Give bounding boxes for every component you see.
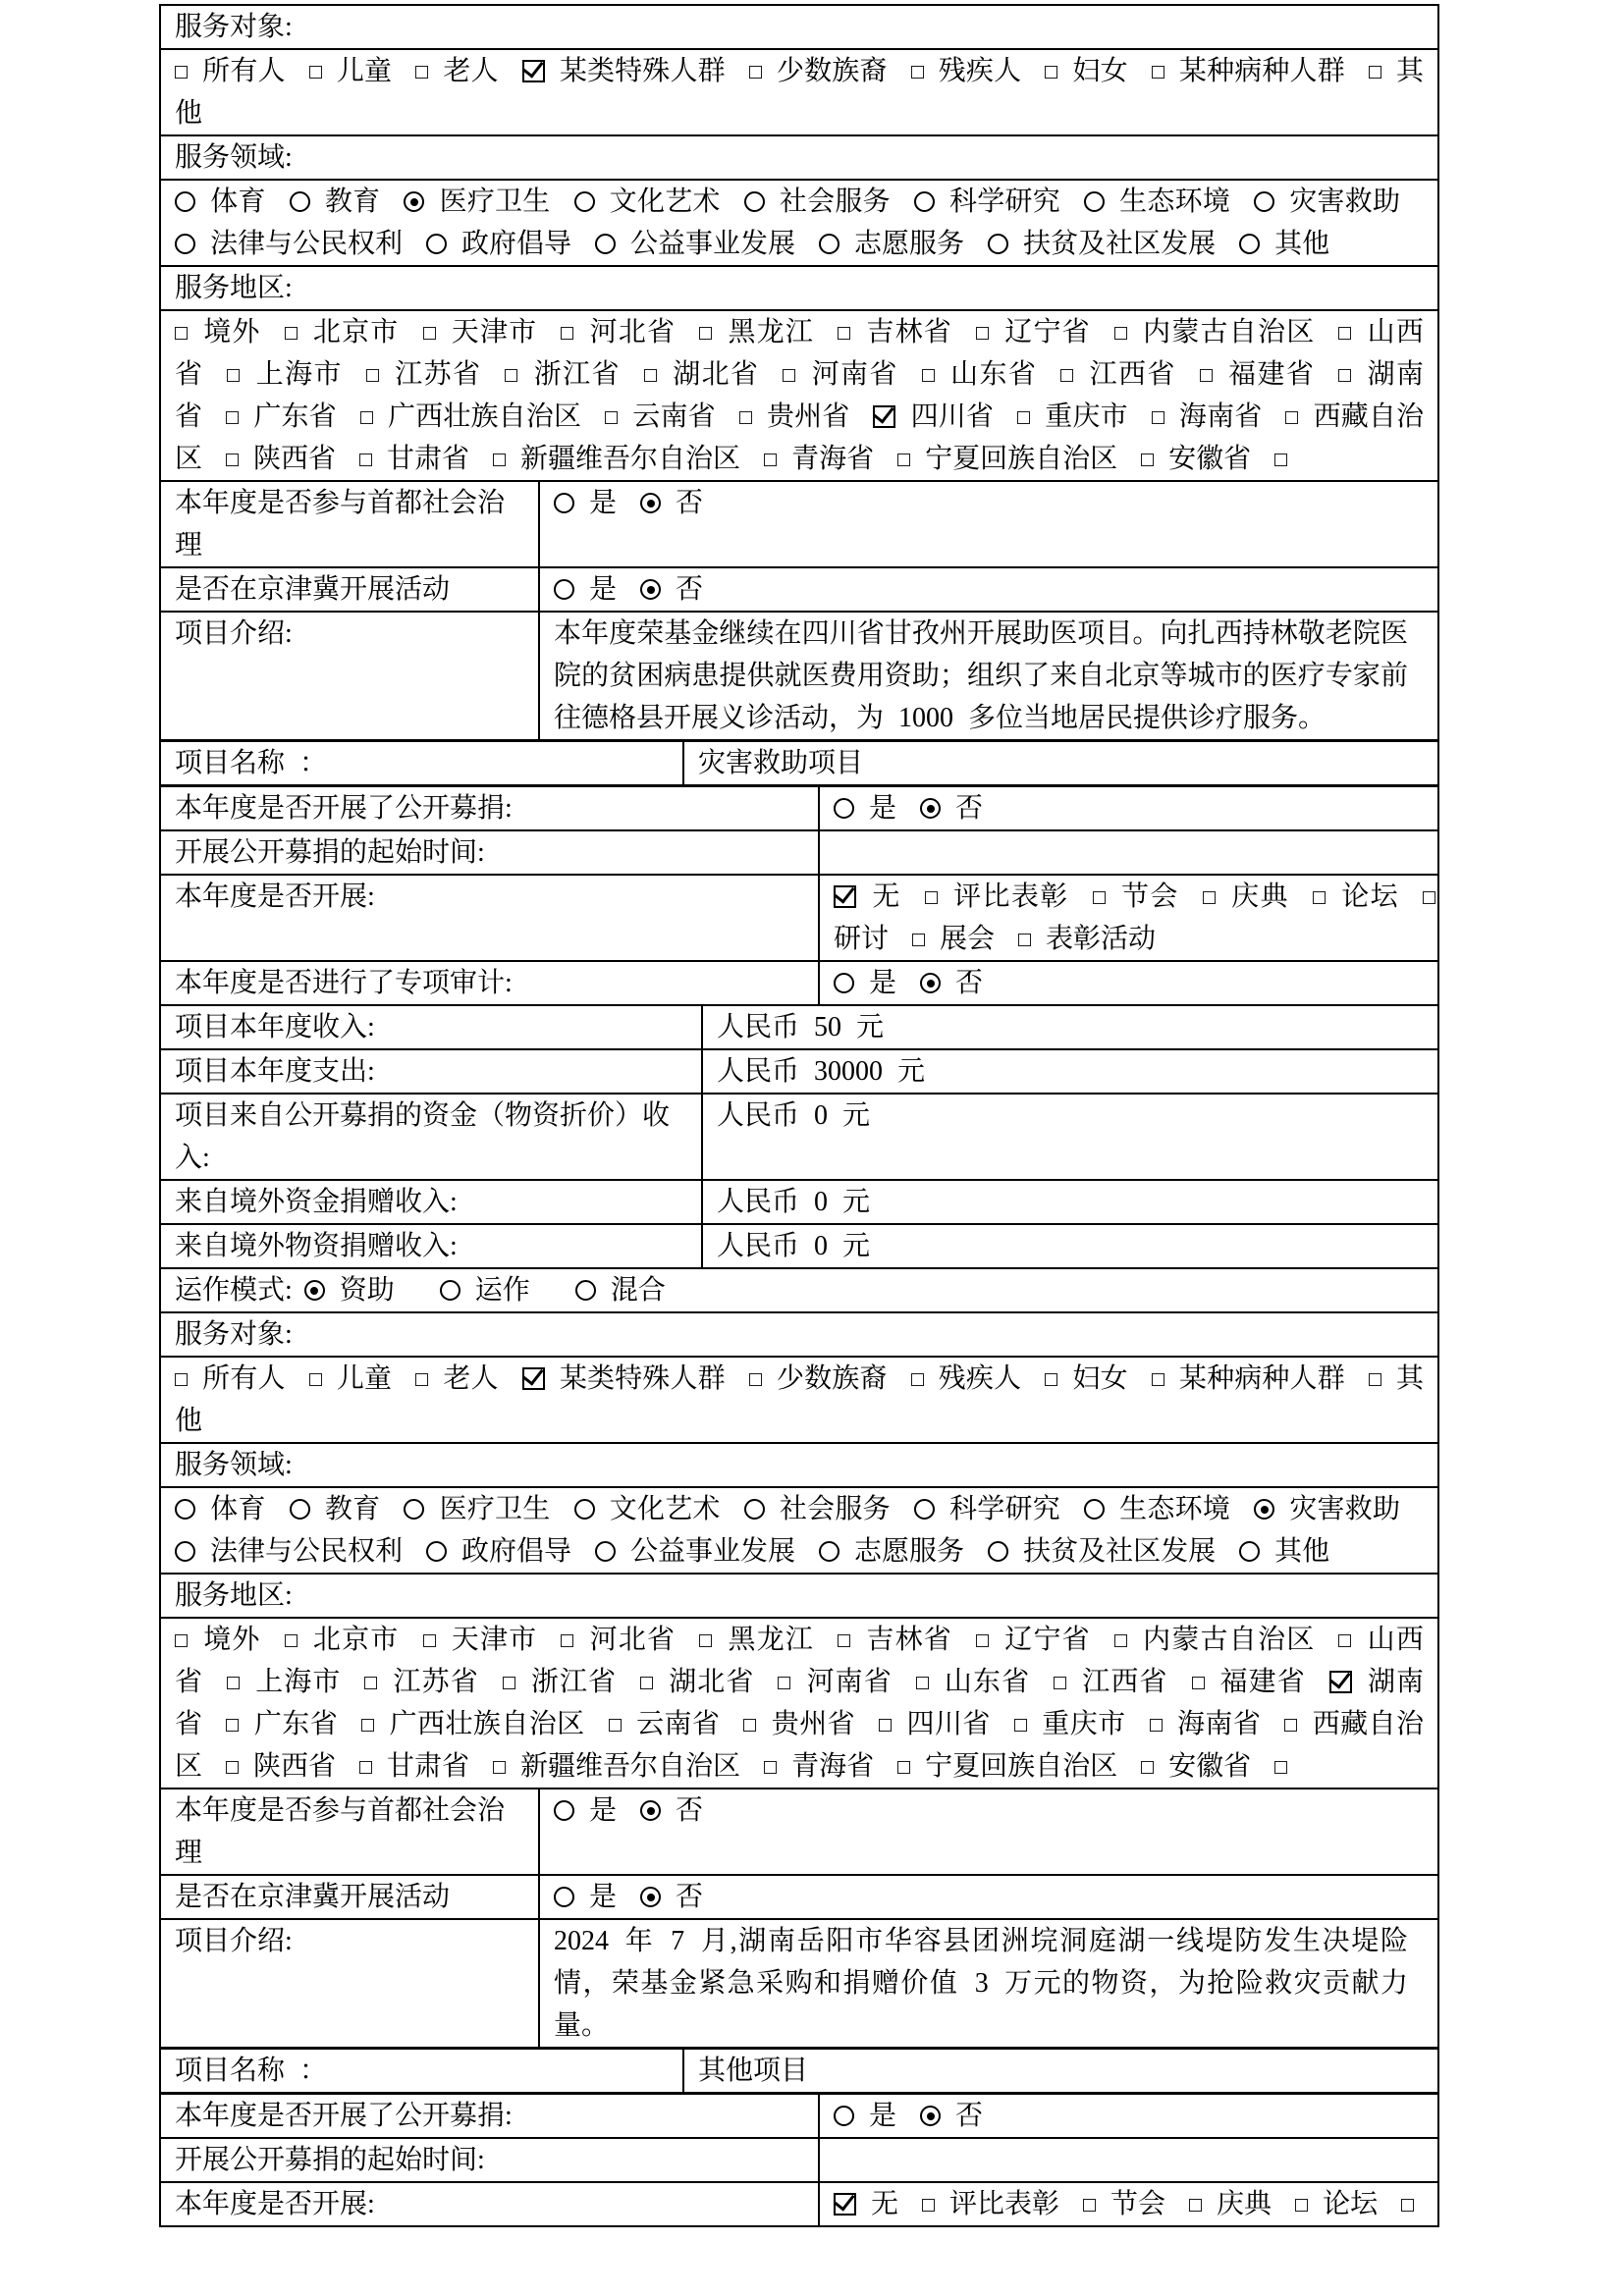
checkbox-icon[interactable]: [309, 1373, 322, 1386]
checkbox-icon[interactable]: [1018, 934, 1031, 946]
checkbox-icon[interactable]: [879, 1719, 892, 1732]
checkbox-option[interactable]: 内蒙古自治区: [1114, 317, 1316, 347]
checkbox-option[interactable]: 宁夏回族自治区: [897, 1751, 1117, 1782]
checkbox-icon[interactable]: [897, 1761, 910, 1774]
checkbox-option[interactable]: 老人: [415, 1363, 499, 1394]
checkbox-icon[interactable]: [415, 1373, 428, 1386]
radio-option[interactable]: 生态环境: [1084, 187, 1230, 217]
checkbox-option[interactable]: 河北省: [561, 1625, 676, 1655]
radio-option[interactable]: 是: [834, 968, 896, 998]
radio-option[interactable]: 法律与公民权利: [175, 1536, 403, 1567]
radio-option[interactable]: 扶贫及社区发展: [988, 229, 1216, 259]
radio-selected-icon[interactable]: [1254, 1499, 1274, 1520]
radio-option[interactable]: 社会服务: [744, 187, 891, 217]
checkbox-option[interactable]: 所有人: [175, 56, 286, 86]
checkbox-option[interactable]: 老人: [415, 56, 499, 86]
checkbox-option[interactable]: 节会: [1083, 2189, 1165, 2219]
radio-option[interactable]: 其他: [1239, 229, 1329, 259]
radio-option[interactable]: 是: [554, 488, 617, 518]
checkbox-icon[interactable]: [922, 2199, 935, 2212]
checkbox-option[interactable]: 境外: [175, 317, 261, 347]
option-label: 残疾人: [939, 56, 1021, 86]
checkbox-icon[interactable]: [226, 1719, 239, 1732]
radio-icon[interactable]: [914, 191, 935, 212]
checkbox-icon[interactable]: [1083, 2199, 1096, 2212]
checkbox-icon[interactable]: [227, 369, 240, 382]
checkbox-option[interactable]: 青海省: [764, 1751, 874, 1782]
checkbox-option[interactable]: 河北省: [561, 317, 676, 347]
checkbox-option[interactable]: 陕西省: [226, 444, 336, 474]
checkbox-option[interactable]: 某类特殊人群: [522, 56, 726, 86]
radio-option[interactable]: 资助: [304, 1275, 395, 1306]
radio-icon[interactable]: [426, 234, 447, 254]
checkbox-icon[interactable]: [505, 369, 517, 382]
checkbox-option[interactable]: 无: [834, 881, 901, 912]
checkbox-option[interactable]: 论坛: [1313, 881, 1399, 912]
option-label: 河北省: [590, 317, 677, 347]
checkbox-icon[interactable]: [423, 327, 436, 340]
checkbox-checked-icon[interactable]: [522, 60, 545, 82]
checkbox-option[interactable]: 江苏省: [366, 359, 481, 390]
radio-option[interactable]: 否: [640, 574, 703, 605]
radio-icon[interactable]: [175, 1499, 195, 1520]
radio-option[interactable]: 其他: [1239, 1536, 1329, 1567]
checkbox-icon[interactable]: [503, 1677, 515, 1689]
checkbox-icon[interactable]: [1093, 891, 1106, 904]
radio-option[interactable]: 生态环境: [1084, 1494, 1230, 1524]
checkbox-icon[interactable]: [175, 327, 188, 340]
checkbox-option[interactable]: 节会: [1093, 881, 1179, 912]
checkbox-option[interactable]: 吉林省: [838, 1625, 952, 1655]
checkbox-option[interactable]: 海南省: [1152, 401, 1263, 432]
checkbox-option[interactable]: 福建省: [1200, 359, 1315, 390]
checkbox-option[interactable]: 某种病种人群: [1152, 56, 1345, 86]
annual-report-form-table: 服务对象: 所有人 儿童 老人 某类特殊人群 少数族裔 残疾人 妇女 某种病种人…: [159, 4, 1439, 2227]
radio-option[interactable]: 运作: [440, 1275, 530, 1306]
checkbox-option[interactable]: 北京市: [285, 1625, 400, 1655]
radio-option[interactable]: 混合: [575, 1275, 666, 1306]
radio-icon[interactable]: [1239, 234, 1260, 254]
checkbox-option[interactable]: 浙江省: [503, 1667, 617, 1697]
checkbox-icon[interactable]: [1200, 369, 1213, 382]
option-label: 青海省: [791, 1751, 874, 1782]
radio-selected-icon[interactable]: [640, 579, 661, 600]
checkbox-icon[interactable]: [1338, 1634, 1351, 1647]
checkbox-icon[interactable]: [359, 454, 372, 466]
checkbox-icon[interactable]: [897, 454, 910, 466]
checkbox-icon[interactable]: [1295, 2199, 1308, 2212]
radio-option[interactable]: 文化艺术: [574, 187, 721, 217]
radio-option[interactable]: 政府倡导: [426, 229, 571, 259]
radio-icon[interactable]: [554, 579, 574, 600]
checkbox-option[interactable]: 吉林省: [838, 317, 952, 347]
radio-icon[interactable]: [595, 1541, 616, 1562]
checkbox-icon[interactable]: [976, 1634, 989, 1647]
checkbox-checked-icon[interactable]: [873, 405, 895, 428]
radio-option[interactable]: 灾害救助: [1254, 1494, 1400, 1524]
checkbox-option[interactable]: [1274, 1751, 1287, 1782]
checkbox-option[interactable]: 境外: [175, 1625, 261, 1655]
option-label: 运作: [475, 1275, 530, 1306]
radio-icon[interactable]: [1254, 191, 1274, 212]
checkbox-option[interactable]: 内蒙古自治区: [1114, 1625, 1316, 1655]
checkbox-icon[interactable]: [743, 1719, 756, 1732]
checkbox-icon[interactable]: [1150, 1719, 1163, 1732]
radio-icon[interactable]: [834, 973, 854, 993]
radio-option[interactable]: 否: [640, 488, 703, 518]
checkbox-icon[interactable]: [778, 1677, 790, 1689]
checkbox-option[interactable]: 甘肃省: [359, 1751, 469, 1782]
checkbox-icon[interactable]: [1338, 327, 1351, 340]
radio-option[interactable]: 志愿服务: [819, 1536, 964, 1567]
radio-option[interactable]: 科学研究: [914, 187, 1060, 217]
checkbox-icon[interactable]: [423, 1634, 436, 1647]
checkbox-icon[interactable]: [415, 66, 428, 79]
checkbox-icon[interactable]: [1274, 1761, 1287, 1774]
checkbox-icon[interactable]: [838, 327, 850, 340]
checkbox-option[interactable]: 海南省: [1150, 1709, 1262, 1739]
radio-selected-icon[interactable]: [404, 191, 424, 212]
checkbox-option[interactable]: 妇女: [1045, 56, 1128, 86]
checkbox-option[interactable]: 论坛: [1295, 2189, 1378, 2219]
project-intro-label: 项目介绍:: [161, 613, 540, 739]
checkbox-option[interactable]: 云南省: [605, 401, 716, 432]
checkbox-option[interactable]: 广西壮族自治区: [360, 401, 581, 432]
radio-icon[interactable]: [914, 1499, 935, 1520]
checkbox-option[interactable]: 辽宁省: [976, 317, 1091, 347]
checkbox-icon[interactable]: [749, 66, 762, 79]
checkbox-option[interactable]: 黑龙江: [699, 1625, 814, 1655]
checkbox-icon[interactable]: [561, 1634, 573, 1647]
radio-option[interactable]: 志愿服务: [819, 229, 964, 259]
radio-option[interactable]: 社会服务: [744, 1494, 891, 1524]
checkbox-icon[interactable]: [609, 1719, 622, 1732]
checkbox-option[interactable]: 贵州省: [743, 1709, 855, 1739]
checkbox-icon[interactable]: [1401, 2199, 1414, 2212]
checkbox-option[interactable]: 安徽省: [1141, 1751, 1251, 1782]
radio-option[interactable]: 扶贫及社区发展: [988, 1536, 1216, 1567]
checkbox-option[interactable]: 上海市: [227, 359, 342, 390]
radio-option[interactable]: 是: [834, 2101, 896, 2131]
option-label: 湖北省: [669, 1667, 754, 1697]
checkbox-icon[interactable]: [561, 327, 573, 340]
checkbox-icon[interactable]: [1338, 369, 1351, 382]
radio-icon[interactable]: [554, 1887, 574, 1907]
checkbox-icon[interactable]: [359, 1761, 372, 1774]
radio-option[interactable]: 是: [834, 793, 896, 824]
radio-icon[interactable]: [819, 1541, 839, 1562]
fundraising-options: 是 否: [820, 2095, 1437, 2137]
checkbox-icon[interactable]: [1369, 66, 1381, 79]
checkbox-option[interactable]: 浙江省: [505, 359, 620, 390]
checkbox-icon[interactable]: [916, 1677, 929, 1689]
checkbox-option[interactable]: 表彰活动: [1018, 924, 1156, 954]
checkbox-option[interactable]: 云南省: [609, 1709, 721, 1739]
project-intro-text: 2024 年 7 月,湖南岳阳市华容县团洲垸洞庭湖一线堤防发生决堤险情，荣基金紧…: [540, 1920, 1437, 2047]
checkbox-icon[interactable]: [175, 66, 188, 79]
checkbox-icon[interactable]: [493, 454, 506, 466]
radio-icon[interactable]: [1239, 1541, 1260, 1562]
option-label: 所有人: [202, 56, 285, 86]
radio-option[interactable]: 否: [640, 1882, 703, 1912]
checkbox-option[interactable]: [1274, 444, 1287, 474]
checkbox-option[interactable]: 某种病种人群: [1152, 1363, 1345, 1394]
checkbox-option[interactable]: 甘肃省: [359, 444, 469, 474]
checkbox-option[interactable]: 广东省: [226, 1709, 338, 1739]
checkbox-option[interactable]: 庆典: [1189, 2189, 1272, 2219]
radio-option[interactable]: 教育: [290, 187, 381, 217]
checkbox-option[interactable]: 残疾人: [911, 1363, 1022, 1394]
checkbox-icon[interactable]: [1014, 1719, 1027, 1732]
checkbox-icon[interactable]: [699, 1634, 712, 1647]
radio-option[interactable]: 政府倡导: [426, 1536, 571, 1567]
radio-icon[interactable]: [440, 1280, 460, 1301]
checkbox-option[interactable]: 山东省: [922, 359, 1037, 390]
radio-selected-icon[interactable]: [640, 1887, 661, 1907]
checkbox-option[interactable]: 评比表彰: [925, 881, 1069, 912]
checkbox-option[interactable]: 山东省: [916, 1667, 1030, 1697]
radio-icon[interactable]: [290, 191, 310, 212]
radio-option[interactable]: 体育: [175, 1494, 266, 1524]
radio-selected-icon[interactable]: [920, 2106, 941, 2126]
radio-icon[interactable]: [834, 798, 854, 819]
radio-selected-icon[interactable]: [640, 493, 661, 513]
checkbox-icon[interactable]: [361, 1719, 374, 1732]
radio-option[interactable]: 否: [920, 2101, 983, 2131]
checkbox-icon[interactable]: [1141, 1761, 1154, 1774]
checkbox-icon[interactable]: [1192, 1677, 1205, 1689]
radio-icon[interactable]: [554, 1800, 574, 1821]
checkbox-icon[interactable]: [749, 1373, 762, 1386]
checkbox-option[interactable]: 福建省: [1192, 1667, 1306, 1697]
checkbox-icon[interactable]: [605, 411, 618, 424]
checkbox-option[interactable]: 评比表彰: [922, 2189, 1059, 2219]
checkbox-icon[interactable]: [1017, 411, 1030, 424]
checkbox-option[interactable]: 宁夏回族自治区: [897, 444, 1117, 474]
checkbox-option[interactable]: 重庆市: [1014, 1709, 1126, 1739]
checkbox-option[interactable]: 江西省: [1060, 359, 1175, 390]
radio-icon[interactable]: [175, 234, 195, 254]
checkbox-icon[interactable]: [925, 891, 938, 904]
radio-icon[interactable]: [1084, 191, 1105, 212]
checkbox-checked-icon[interactable]: [522, 1367, 545, 1390]
option-label: 天津市: [452, 317, 538, 347]
checkbox-icon[interactable]: [1141, 454, 1154, 466]
checkbox-icon[interactable]: [226, 454, 239, 466]
checkbox-icon[interactable]: [493, 1761, 506, 1774]
checkbox-icon[interactable]: [1152, 66, 1164, 79]
checkbox-icon[interactable]: [1313, 891, 1326, 904]
radio-icon[interactable]: [744, 1499, 765, 1520]
radio-option[interactable]: 法律与公民权利: [175, 229, 403, 259]
option-label: 云南省: [636, 1709, 720, 1739]
radio-option[interactable]: 否: [640, 1795, 703, 1826]
radio-icon[interactable]: [574, 1499, 595, 1520]
checkbox-icon[interactable]: [1045, 66, 1057, 79]
checkbox-option[interactable]: 展会: [912, 924, 995, 954]
checkbox-icon[interactable]: [838, 1634, 850, 1647]
radio-option[interactable]: 教育: [290, 1494, 381, 1524]
checkbox-icon[interactable]: [360, 411, 373, 424]
radio-option[interactable]: 否: [920, 793, 983, 824]
checkbox-option[interactable]: 无: [834, 2189, 898, 2219]
checkbox-option[interactable]: 河南省: [783, 359, 897, 390]
checkbox-icon[interactable]: [175, 1634, 188, 1647]
radio-icon[interactable]: [290, 1499, 310, 1520]
checkbox-icon[interactable]: [309, 66, 322, 79]
option-label: 科学研究: [949, 187, 1060, 217]
checkbox-option[interactable]: 所有人: [175, 1363, 286, 1394]
checkbox-checked-icon[interactable]: [834, 885, 856, 908]
radio-icon[interactable]: [574, 191, 595, 212]
radio-option[interactable]: 文化艺术: [574, 1494, 721, 1524]
checkbox-icon[interactable]: [976, 327, 989, 340]
checkbox-option[interactable]: 陕西省: [226, 1751, 336, 1782]
radio-icon[interactable]: [175, 191, 195, 212]
checkbox-icon[interactable]: [1152, 1373, 1164, 1386]
checkbox-icon[interactable]: [1285, 411, 1298, 424]
checkbox-icon[interactable]: [226, 411, 239, 424]
checkbox-option[interactable]: 贵州省: [739, 401, 850, 432]
checkbox-icon[interactable]: [922, 369, 935, 382]
radio-option[interactable]: 体育: [175, 187, 266, 217]
checkbox-option[interactable]: 青海省: [764, 444, 874, 474]
checkbox-icon[interactable]: [366, 369, 379, 382]
checkbox-icon[interactable]: [1274, 454, 1287, 466]
checkbox-icon[interactable]: [1423, 891, 1435, 904]
radio-option[interactable]: 灾害救助: [1254, 187, 1400, 217]
radio-option[interactable]: 公益事业发展: [595, 229, 795, 259]
radio-option[interactable]: 医疗卫生: [404, 1494, 550, 1524]
checkbox-option[interactable]: 天津市: [423, 1625, 538, 1655]
checkbox-option[interactable]: 四川省: [879, 1709, 991, 1739]
checkbox-icon[interactable]: [912, 934, 925, 946]
radio-option[interactable]: 否: [920, 968, 983, 998]
radio-icon[interactable]: [834, 2106, 854, 2126]
checkbox-icon[interactable]: [1060, 369, 1073, 382]
checkbox-checked-icon[interactable]: [1329, 1671, 1352, 1693]
radio-selected-icon[interactable]: [304, 1280, 325, 1301]
checkbox-option[interactable]: 某类特殊人群: [522, 1363, 726, 1394]
checkbox-option[interactable]: 残疾人: [911, 56, 1022, 86]
option-label: 论坛: [1323, 2189, 1378, 2219]
checkbox-option[interactable]: 江西省: [1054, 1667, 1167, 1697]
radio-option[interactable]: 是: [554, 1882, 617, 1912]
radio-selected-icon[interactable]: [640, 1800, 661, 1821]
radio-icon[interactable]: [988, 1541, 1008, 1562]
checkbox-option[interactable]: 少数族裔: [749, 1363, 888, 1394]
radio-icon[interactable]: [554, 493, 574, 513]
checkbox-icon[interactable]: [764, 454, 777, 466]
checkbox-icon[interactable]: [227, 1677, 240, 1689]
checkbox-icon[interactable]: [1203, 891, 1216, 904]
radio-icon[interactable]: [575, 1280, 596, 1301]
checkbox-option[interactable]: 妇女: [1045, 1363, 1128, 1394]
checkbox-icon[interactable]: [1152, 411, 1164, 424]
radio-option[interactable]: 医疗卫生: [404, 187, 550, 217]
overseas-goods-income-label: 来自境外物资捐赠收入:: [161, 1225, 703, 1267]
checkbox-option[interactable]: 四川省: [873, 401, 994, 432]
radio-option[interactable]: 公益事业发展: [595, 1536, 795, 1567]
checkbox-checked-icon[interactable]: [834, 2193, 856, 2216]
option-label: 教育: [325, 1494, 380, 1524]
checkbox-icon[interactable]: [911, 1373, 924, 1386]
radio-option[interactable]: 科学研究: [914, 1494, 1060, 1524]
radio-icon[interactable]: [819, 234, 839, 254]
checkbox-option[interactable]: 少数族裔: [749, 56, 888, 86]
checkbox-icon[interactable]: [285, 1634, 298, 1647]
checkbox-option[interactable]: 新疆维吾尔自治区: [493, 444, 740, 474]
public-fundraise-income-label: 项目来自公开募捐的资金（物资折价）收入:: [161, 1095, 703, 1179]
checkbox-icon[interactable]: [1045, 1373, 1057, 1386]
radio-icon[interactable]: [426, 1541, 447, 1562]
radio-icon[interactable]: [988, 234, 1008, 254]
checkbox-option[interactable]: 天津市: [423, 317, 538, 347]
checkbox-icon[interactable]: [1189, 2199, 1202, 2212]
checkbox-icon[interactable]: [783, 369, 795, 382]
checkbox-option[interactable]: 儿童: [309, 1363, 393, 1394]
radio-icon[interactable]: [175, 1541, 195, 1562]
checkbox-option[interactable]: 广西壮族自治区: [361, 1709, 584, 1739]
checkbox-icon[interactable]: [226, 1761, 239, 1774]
option-label: 是: [589, 574, 617, 605]
checkbox-option[interactable]: 辽宁省: [976, 1625, 1091, 1655]
radio-option[interactable]: 是: [554, 574, 617, 605]
checkbox-option[interactable]: 江苏省: [364, 1667, 478, 1697]
checkbox-option[interactable]: 广东省: [226, 401, 337, 432]
checkbox-icon[interactable]: [911, 66, 924, 79]
checkbox-icon[interactable]: [1114, 327, 1127, 340]
checkbox-icon[interactable]: [175, 1373, 188, 1386]
option-label: 老人: [443, 1363, 498, 1394]
checkbox-option[interactable]: 黑龙江: [699, 317, 814, 347]
option-label: 新疆维吾尔自治区: [520, 444, 740, 474]
checkbox-icon[interactable]: [364, 1677, 377, 1689]
radio-icon[interactable]: [595, 234, 616, 254]
checkbox-option[interactable]: 庆典: [1203, 881, 1289, 912]
checkbox-icon[interactable]: [739, 411, 752, 424]
radio-icon[interactable]: [1084, 1499, 1105, 1520]
checkbox-option[interactable]: 新疆维吾尔自治区: [493, 1751, 740, 1782]
option-label: 否: [676, 488, 703, 518]
checkbox-icon[interactable]: [640, 1677, 653, 1689]
radio-selected-icon[interactable]: [920, 973, 941, 993]
radio-icon[interactable]: [744, 191, 765, 212]
checkbox-option[interactable]: 湖北省: [644, 359, 759, 390]
checkbox-option[interactable]: 北京市: [285, 317, 400, 347]
checkbox-option[interactable]: 重庆市: [1017, 401, 1128, 432]
radio-selected-icon[interactable]: [920, 798, 941, 819]
checkbox-option[interactable]: 上海市: [227, 1667, 341, 1697]
option-label: 志愿服务: [854, 229, 964, 259]
checkbox-icon[interactable]: [644, 369, 657, 382]
radio-icon[interactable]: [404, 1499, 424, 1520]
checkbox-icon[interactable]: [699, 327, 712, 340]
radio-option[interactable]: 是: [554, 1795, 617, 1826]
checkbox-option[interactable]: 湖北省: [640, 1667, 754, 1697]
checkbox-option[interactable]: 河南省: [778, 1667, 892, 1697]
checkbox-option[interactable]: 儿童: [309, 56, 393, 86]
checkbox-icon[interactable]: [764, 1761, 777, 1774]
checkbox-icon[interactable]: [1114, 1634, 1127, 1647]
checkbox-icon[interactable]: [1054, 1677, 1066, 1689]
checkbox-icon[interactable]: [1284, 1719, 1297, 1732]
overseas-fund-income-value: 人民币 0 元: [703, 1181, 1437, 1223]
checkbox-icon[interactable]: [1369, 1373, 1381, 1386]
checkbox-option[interactable]: [1401, 2189, 1414, 2219]
checkbox-option[interactable]: 安徽省: [1141, 444, 1251, 474]
checkbox-icon[interactable]: [285, 327, 298, 340]
